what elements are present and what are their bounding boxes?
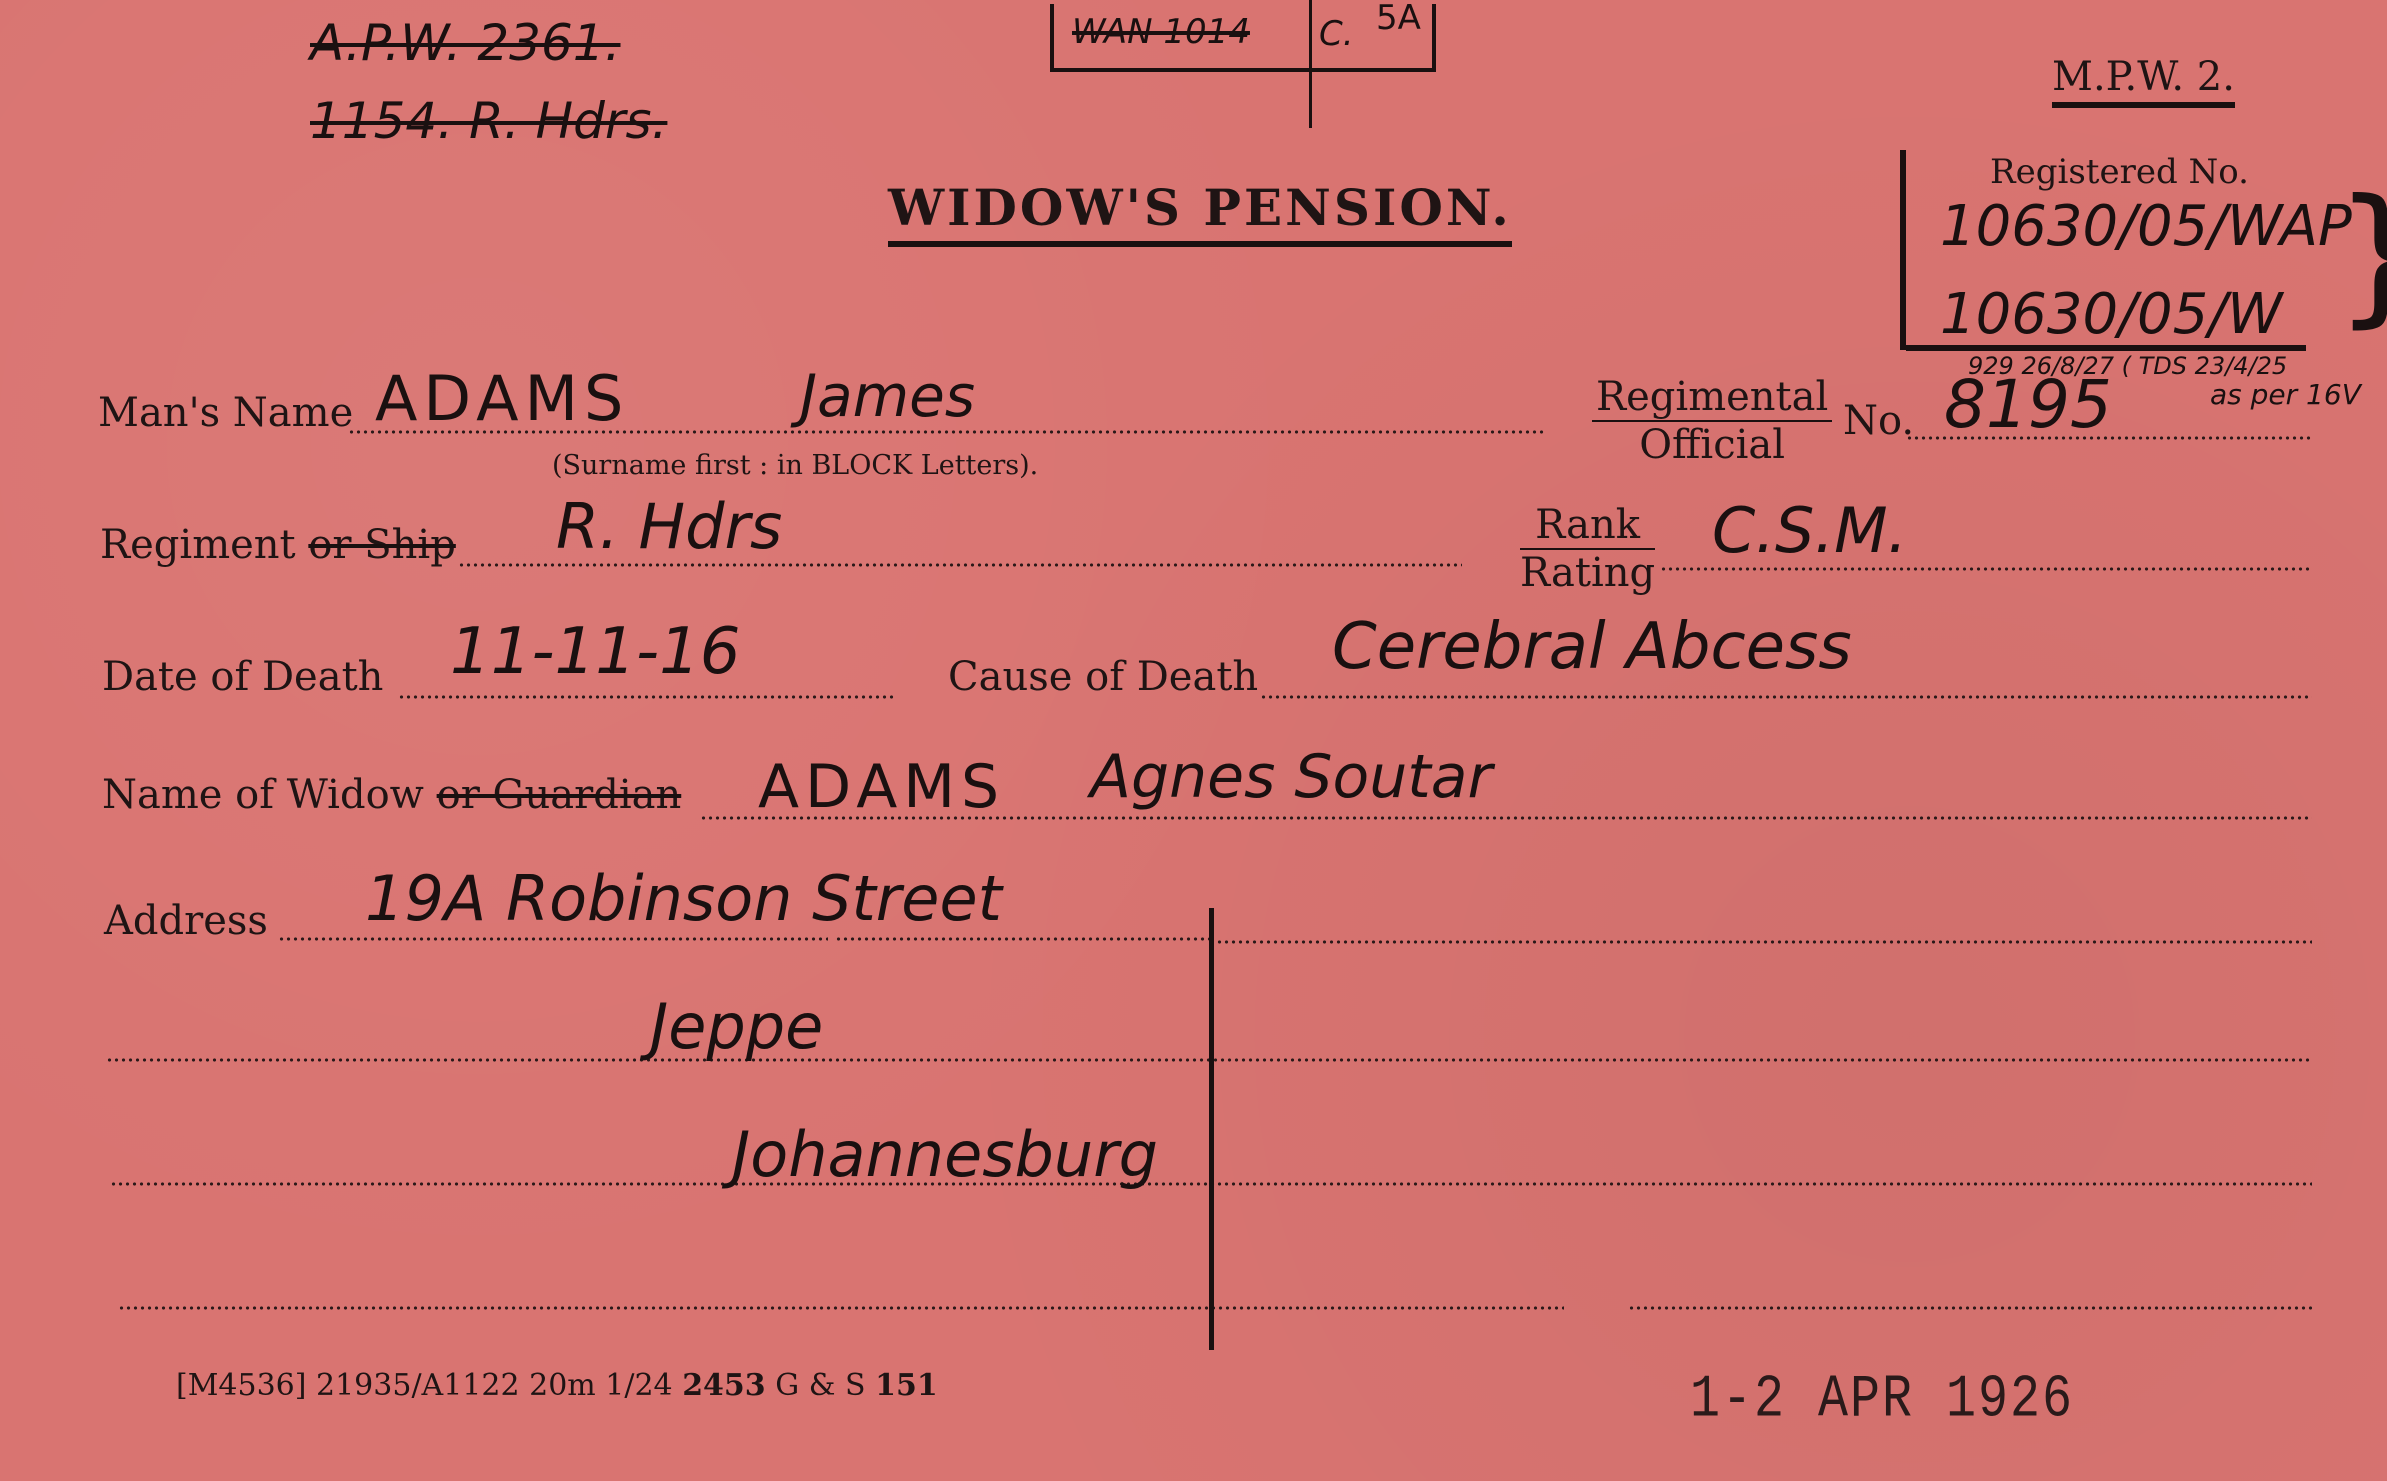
- regiment-label-text: Regiment: [100, 522, 296, 568]
- page-title: WIDOW'S PENSION.: [888, 178, 1512, 247]
- mans-name-forename[interactable]: James: [800, 362, 975, 430]
- print-code-d: 151: [875, 1368, 938, 1403]
- date-stamp: 1-2 APR 1926: [1690, 1366, 2074, 1434]
- widow-forenames[interactable]: Agnes Soutar: [1090, 742, 1492, 812]
- annotation-wan-suffix: C.: [1319, 14, 1354, 54]
- print-code-c: G & S: [775, 1368, 865, 1403]
- rank-value[interactable]: C.S.M.: [1712, 494, 1907, 567]
- regiment-dotted-line: [458, 563, 1462, 567]
- widow-name-label-struck: or Guardian: [437, 772, 682, 818]
- annotation-apw-text: A.P.W. 2361.: [310, 14, 620, 72]
- annotation-regiment-ref-text: 1154. R. Hdrs.: [310, 92, 667, 150]
- print-code: [M4536] 21935/A1122 20m 1/24 2453 G & S …: [176, 1368, 938, 1403]
- address-line-2[interactable]: Jeppe: [650, 990, 823, 1063]
- annotation-wan-box: WAN 1014 C. 5A: [1050, 4, 1436, 72]
- address-dotted-line-4b: [1628, 1306, 2312, 1310]
- annotation-vertical-stroke: [1309, 0, 1312, 128]
- registered-number-1: 10630/05/WAP: [1940, 194, 2352, 259]
- registered-label: Registered No.: [1990, 152, 2249, 192]
- registered-brace: }: [2334, 180, 2387, 330]
- regiment-label-struck: or Ship: [308, 522, 455, 568]
- annotation-wan-extra: 5A: [1376, 0, 1421, 38]
- annotation-wan-text: WAN 1014: [1072, 12, 1250, 52]
- address-dotted-line-1a: [278, 937, 828, 941]
- address-vertical-divider: [1209, 908, 1214, 1350]
- date-of-death-label: Date of Death: [102, 654, 383, 700]
- widow-name-label: Name of Widow or Guardian: [102, 772, 681, 818]
- print-code-b: 2453: [682, 1368, 766, 1403]
- print-code-a: [M4536] 21935/A1122 20m 1/24: [176, 1368, 673, 1403]
- regimental-no-suffix: No.: [1843, 398, 1914, 444]
- regimental-official-label: Regimental Official: [1592, 374, 1832, 468]
- official-label: Official: [1592, 422, 1832, 468]
- rank-label: Rank: [1520, 502, 1655, 550]
- registered-box-left-border: [1900, 150, 1906, 350]
- address-dotted-line-1b: [835, 937, 1211, 941]
- mans-name-surname[interactable]: ADAMS: [375, 362, 629, 435]
- date-of-death-dotted-line: [398, 695, 896, 699]
- cause-of-death-value[interactable]: Cerebral Abcess: [1332, 610, 1852, 684]
- annotation-regiment-ref: 1154. R. Hdrs.: [310, 92, 667, 150]
- form-code: M.P.W. 2.: [2052, 54, 2235, 108]
- annotation-apw: A.P.W. 2361.: [310, 14, 620, 72]
- registered-note-right: as per 16V: [2210, 378, 2361, 411]
- regiment-value[interactable]: R. Hdrs: [556, 490, 782, 563]
- address-dotted-line-4a: [118, 1306, 1564, 1310]
- regimental-label: Regimental: [1592, 374, 1832, 422]
- registered-number-2: 10630/05/W: [1940, 282, 2283, 347]
- cause-of-death-dotted-line: [1260, 695, 2312, 699]
- mans-name-label: Man's Name: [98, 390, 353, 436]
- mans-name-hint: (Surname first : in BLOCK Letters).: [552, 450, 1038, 481]
- date-of-death-value[interactable]: 11-11-16: [450, 615, 741, 689]
- address-line-1[interactable]: 19A Robinson Street: [365, 862, 1002, 935]
- widow-name-label-text: Name of Widow: [102, 772, 424, 818]
- regimental-no-value[interactable]: 8195: [1944, 366, 2112, 443]
- address-line-3[interactable]: Johannesburg: [732, 1118, 1158, 1191]
- address-label: Address: [104, 898, 268, 944]
- rank-rating-label: Rank Rating: [1520, 502, 1655, 596]
- rating-label: Rating: [1520, 550, 1655, 596]
- rank-dotted-line: [1660, 567, 2312, 571]
- address-dotted-line-1c: [1216, 940, 2312, 944]
- regiment-label: Regiment or Ship: [100, 522, 456, 568]
- widow-surname[interactable]: ADAMS: [758, 752, 1005, 822]
- cause-of-death-label: Cause of Death: [948, 654, 1258, 700]
